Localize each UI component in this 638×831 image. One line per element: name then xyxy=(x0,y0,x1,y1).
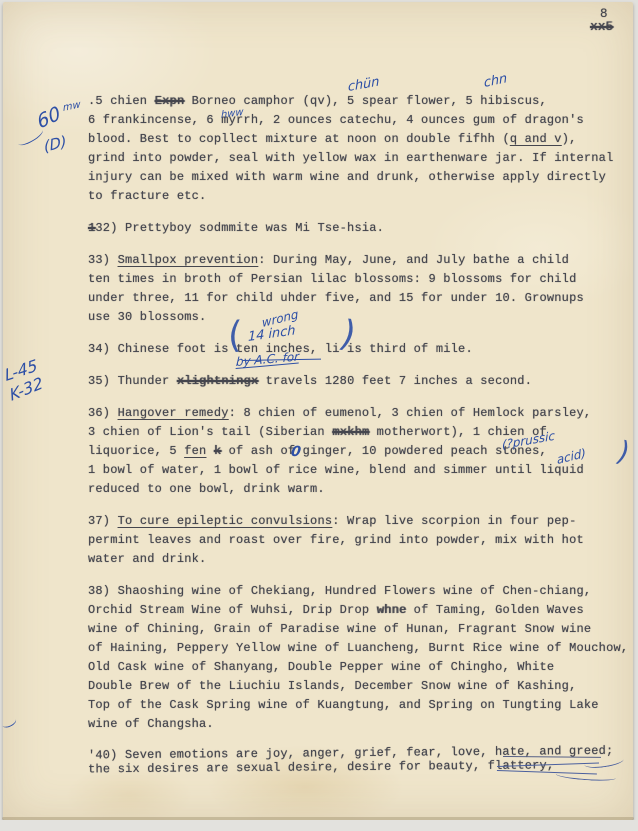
typed-line: 34) Chinese foot is ten inches, li is th… xyxy=(88,340,633,359)
typed-line: 35) Thunder xlightningx travels 1280 fee… xyxy=(88,372,633,391)
text-segment: fen xyxy=(184,444,206,458)
typed-line: .5 chien Expn Borneo camphor (qv), 5 spe… xyxy=(88,92,633,111)
text-segment: whne xyxy=(377,603,407,617)
text-segment: of Haining, Peppery Yellow wine of Luanc… xyxy=(88,641,628,655)
typed-line: grind into powder, seal with yellow wax … xyxy=(88,149,633,168)
typed-line: wine of Changsha. xyxy=(88,715,633,734)
typed-paragraph: 37) To cure epileptic convulsions: Wrap … xyxy=(88,512,633,569)
text-segment: water and drink. xyxy=(88,552,206,566)
text-segment: 32) Prettyboy sodmmite was Mi Tse-hsia. xyxy=(95,221,384,235)
text-segment: travels 1280 feet 7 inches a second. xyxy=(258,374,532,388)
document-scan: 8 xx5 .5 chien Expn Borneo camphor (qv),… xyxy=(0,0,638,831)
text-segment: .5 chien xyxy=(88,94,155,108)
text-segment: Orchid Stream Wine of Wuhsi, Drip Drop xyxy=(88,603,377,617)
typed-line: 6 frankincense, 6 myrrh, 2 ounces catech… xyxy=(88,111,633,130)
page-number: 8 xyxy=(600,7,608,21)
typed-line: 3 chien of Lion's tail (Siberian mxkhm m… xyxy=(88,423,633,442)
text-segment: mxkhm xyxy=(332,425,369,439)
typed-line: water and drink. xyxy=(88,550,633,569)
text-segment: : 8 chien of eumenol, 3 chien of Hemlock… xyxy=(229,406,592,420)
text-segment: 37) xyxy=(88,514,118,528)
text-segment: liquorice, 5 xyxy=(88,444,184,458)
text-segment: Old Cask wine of Shanyang, Double Pepper… xyxy=(88,660,554,674)
text-segment: wine of Chining, Grain of Paradise wine … xyxy=(88,622,591,636)
typed-text-column: .5 chien Expn Borneo camphor (qv), 5 spe… xyxy=(88,92,633,787)
text-segment: 33) xyxy=(88,253,118,267)
typed-line: 1 bowl of water, 1 bowl of rice wine, bl… xyxy=(88,461,633,480)
typed-line: Double Brew of the Liuchiu Islands, Dece… xyxy=(88,677,633,696)
typed-paragraph: 36) Hangover remedy: 8 chien of eumenol,… xyxy=(88,404,633,499)
typed-line: 132) Prettyboy sodmmite was Mi Tse-hsia. xyxy=(88,219,633,238)
typed-paragraph: 132) Prettyboy sodmmite was Mi Tse-hsia. xyxy=(88,219,633,238)
typed-line: to fracture etc. xyxy=(88,187,633,206)
typed-line: Old Cask wine of Shanyang, Double Pepper… xyxy=(88,658,633,677)
typed-line: 38) Shaoshing wine of Chekiang, Hundred … xyxy=(88,582,633,601)
text-segment: Double Brew of the Liuchiu Islands, Dece… xyxy=(88,679,576,693)
typed-line: use 30 blossoms. xyxy=(88,308,633,327)
typed-line: wine of Chining, Grain of Paradise wine … xyxy=(88,620,633,639)
typed-line: Top of the Cask Spring wine of Kuangtung… xyxy=(88,696,633,715)
text-segment: ten times in broth of Persian lilac blos… xyxy=(88,272,576,286)
text-segment: Borneo camphor (qv), 5 spear flower, 5 h… xyxy=(184,94,547,108)
text-segment: reduced to one bowl, drink warm. xyxy=(88,482,325,496)
typed-line: reduced to one bowl, drink warm. xyxy=(88,480,633,499)
text-segment: Top of the Cask Spring wine of Kuangtung… xyxy=(88,698,599,712)
typed-line: under three, 11 for child uhder five, an… xyxy=(88,289,633,308)
text-segment: of ash of ginger, 10 powdered peach ston… xyxy=(221,444,547,458)
text-segment: the six desires are sexual desire, desir… xyxy=(88,758,554,776)
text-segment: : Wrap live scorpion in four pep- xyxy=(332,514,576,528)
page-number-overstrike: xx5 xyxy=(590,20,613,34)
typed-paragraph: 34) Chinese foot is ten inches, li is th… xyxy=(88,340,633,359)
typed-paragraph: 38) Shaoshing wine of Chekiang, Hundred … xyxy=(88,582,633,734)
text-segment: xlightningx xyxy=(177,374,258,388)
text-segment: wine of Changsha. xyxy=(88,717,214,731)
typed-line: 33) Smallpox prevention: During May, Jun… xyxy=(88,251,633,270)
text-segment xyxy=(206,444,213,458)
text-segment: q and v xyxy=(510,132,562,146)
typed-paragraph: 35) Thunder xlightningx travels 1280 fee… xyxy=(88,372,633,391)
typed-paragraph: '40) Seven emotions are joy, anger, grie… xyxy=(88,745,633,777)
text-segment: 3 chien of Lion's tail (Siberian xyxy=(88,425,332,439)
text-segment: ), xyxy=(562,132,577,146)
text-segment: blood. Best to copllect mixture at noon … xyxy=(88,132,510,146)
typed-line: permint leaves and roast over fire, grin… xyxy=(88,531,633,550)
text-segment: injury can be mixed with warm wine and d… xyxy=(88,170,606,184)
text-segment: 38) Shaoshing wine of Chekiang, Hundred … xyxy=(88,584,591,598)
text-segment: 6 frankincense, 6 myrrh, 2 ounces catech… xyxy=(88,113,584,127)
text-segment: of Taming, Golden Waves xyxy=(406,603,584,617)
text-segment: To cure epileptic convulsions xyxy=(118,514,333,528)
typed-paragraph: .5 chien Expn Borneo camphor (qv), 5 spe… xyxy=(88,92,633,206)
text-segment: 1 bowl of water, 1 bowl of rice wine, bl… xyxy=(88,463,584,477)
typed-line: the six desires are sexual desire, desir… xyxy=(88,758,633,776)
text-segment: permint leaves and roast over fire, grin… xyxy=(88,533,584,547)
text-segment: 34) Chinese foot is ten inches, li is th… xyxy=(88,342,473,356)
typed-line: liquorice, 5 fen k of ash of ginger, 10 … xyxy=(88,442,633,461)
text-segment: : During May, June, and July bathe a chi… xyxy=(258,253,569,267)
text-segment: use 30 blossoms. xyxy=(88,310,206,324)
typed-line: Orchid Stream Wine of Wuhsi, Drip Drop w… xyxy=(88,601,633,620)
text-segment: motherwort), 1 chien of xyxy=(369,425,547,439)
text-segment: Smallpox prevention xyxy=(118,253,259,267)
typed-line: of Haining, Peppery Yellow wine of Luanc… xyxy=(88,639,633,658)
typed-line: ten times in broth of Persian lilac blos… xyxy=(88,270,633,289)
typed-line: 36) Hangover remedy: 8 chien of eumenol,… xyxy=(88,404,633,423)
typed-line: 37) To cure epileptic convulsions: Wrap … xyxy=(88,512,633,531)
text-segment: to fracture etc. xyxy=(88,189,206,203)
typed-paragraph: 33) Smallpox prevention: During May, Jun… xyxy=(88,251,633,327)
scan-background xyxy=(0,820,638,831)
typed-line: blood. Best to copllect mixture at noon … xyxy=(88,130,633,149)
text-segment: under three, 11 for child uhder five, an… xyxy=(88,291,584,305)
text-segment: grind into powder, seal with yellow wax … xyxy=(88,151,613,165)
text-segment: 36) xyxy=(88,406,118,420)
text-segment: Hangover remedy xyxy=(118,406,229,420)
text-segment: 35) Thunder xyxy=(88,374,177,388)
text-segment: Expn xyxy=(155,94,185,108)
typed-line: injury can be mixed with warm wine and d… xyxy=(88,168,633,187)
